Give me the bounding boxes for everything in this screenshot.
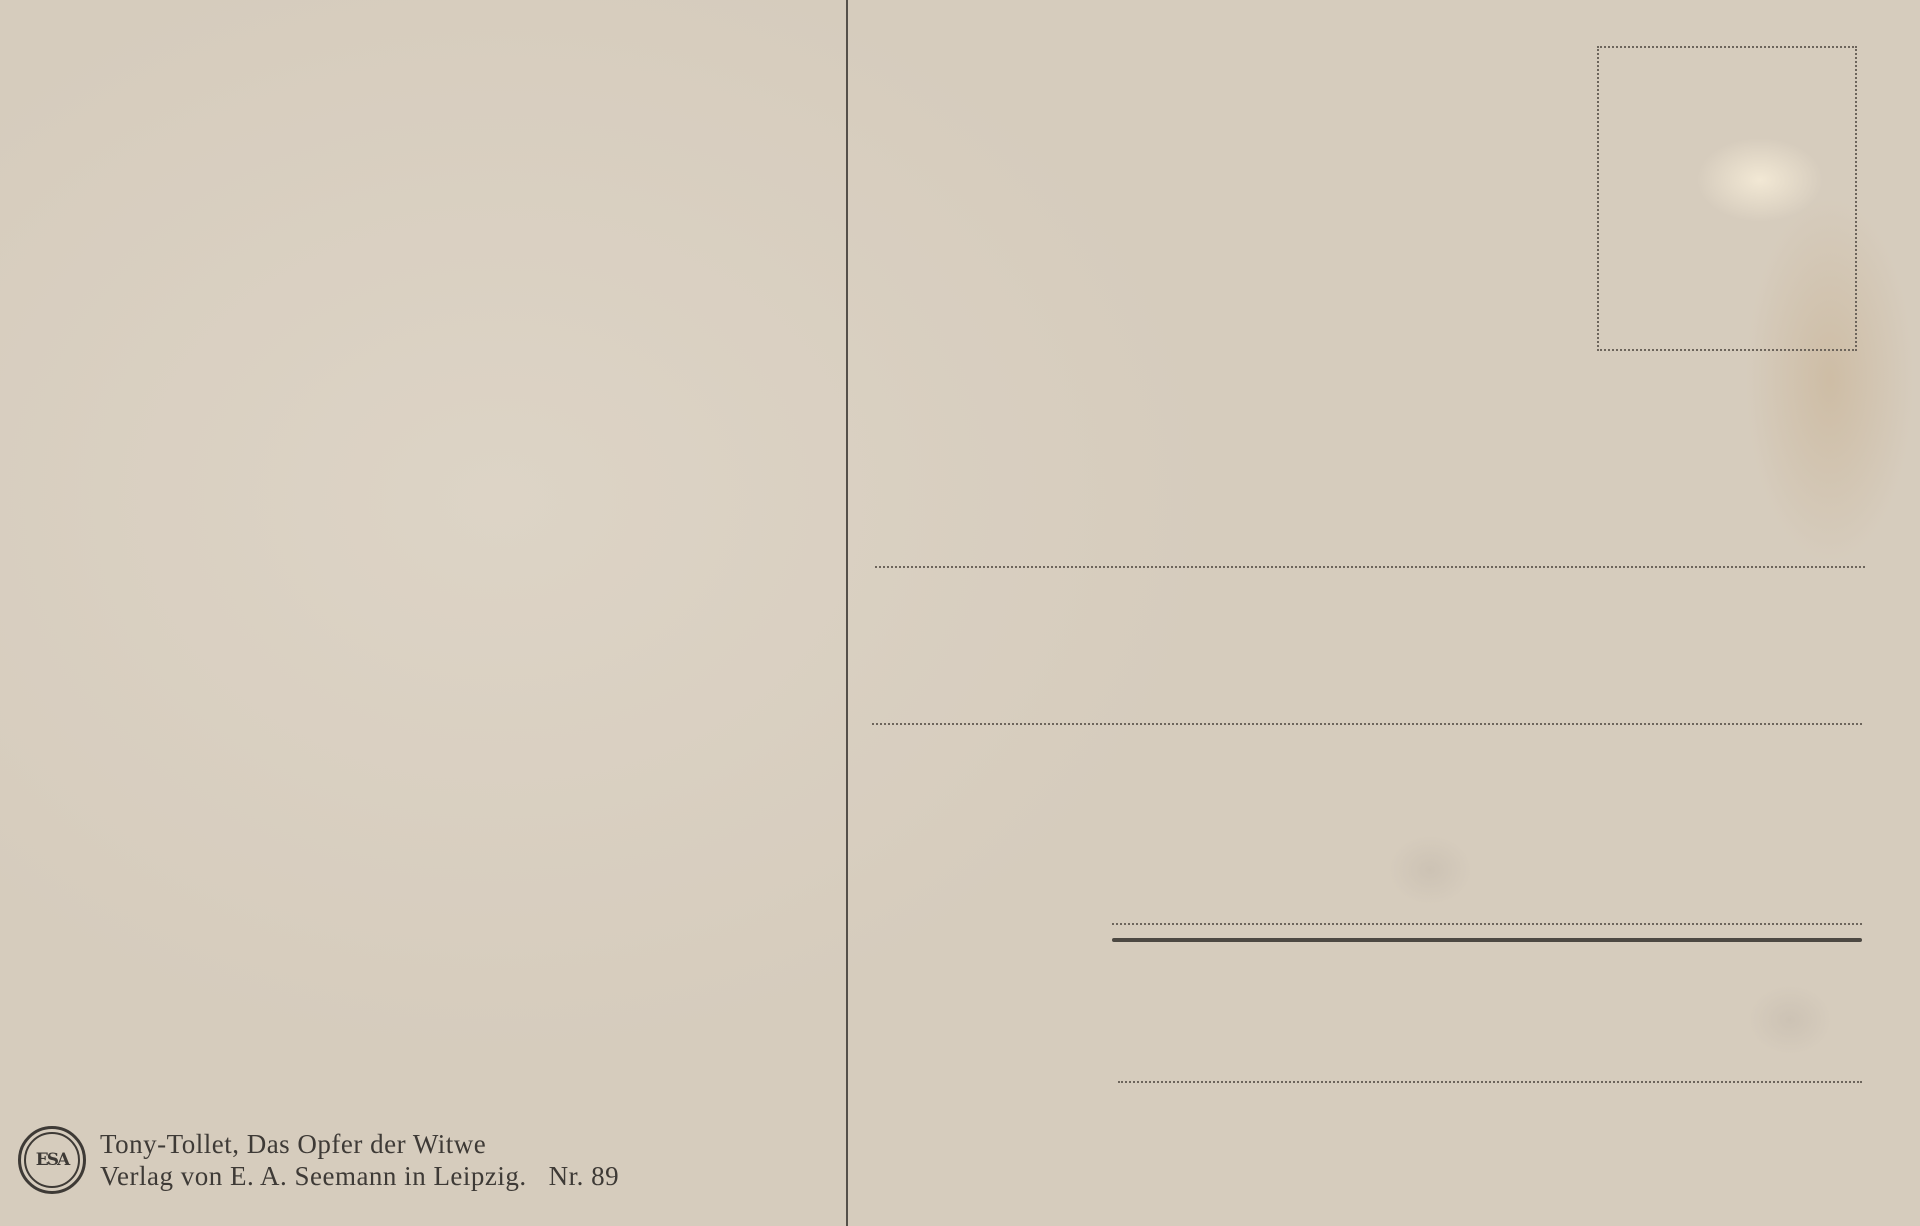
- logo-monogram: ESA: [24, 1132, 80, 1188]
- address-line-2: [872, 723, 1862, 725]
- artwork-title: Tony-Tollet, Das Opfer der Witwe: [100, 1128, 619, 1160]
- publisher-imprint: ESA Tony-Tollet, Das Opfer der Witwe Ver…: [18, 1126, 619, 1194]
- number-value: 89: [591, 1161, 619, 1191]
- address-line-3: [1112, 923, 1862, 925]
- address-line-solid: [1112, 938, 1862, 942]
- address-line-4: [1118, 1081, 1862, 1083]
- address-line-1: [875, 566, 1865, 568]
- center-divider-line: [846, 0, 848, 1226]
- number-label: Nr.: [549, 1161, 584, 1191]
- stamp-placement-box: [1597, 46, 1857, 351]
- postcard-back: ESA Tony-Tollet, Das Opfer der Witwe Ver…: [0, 0, 1920, 1226]
- publisher-line: Verlag von E. A. Seemann in Leipzig.: [100, 1161, 527, 1191]
- seemann-logo-icon: ESA: [18, 1126, 86, 1194]
